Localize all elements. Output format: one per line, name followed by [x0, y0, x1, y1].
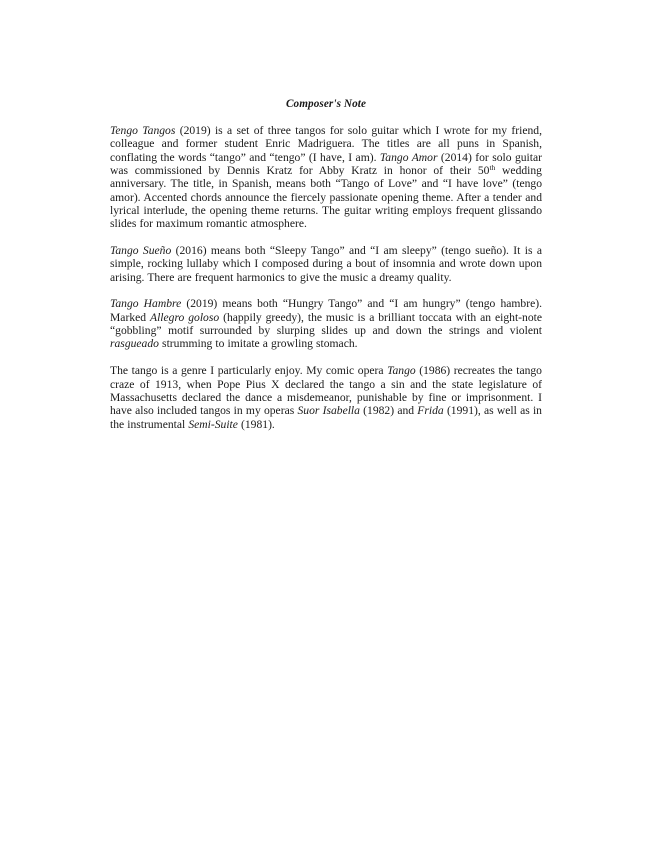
text-run: (2016) means both “Sleepy Tango” and “I …	[110, 244, 542, 284]
text-run: (1981).	[238, 418, 275, 431]
document-body: Composer's Note Tengo Tangos (2019) is a…	[110, 98, 542, 444]
italic-title: rasgueado	[110, 337, 159, 350]
paragraph-tango-sueno: Tango Sueño (2016) means both “Sleepy Ta…	[110, 244, 542, 284]
italic-title: Tango Hambre	[110, 297, 181, 310]
italic-title: Tengo Tangos	[110, 124, 175, 137]
italic-title: Suor Isabella	[297, 404, 359, 417]
document-page: Composer's Note Tengo Tangos (2019) is a…	[0, 0, 650, 867]
text-run: The tango is a genre I particularly enjo…	[110, 364, 387, 377]
text-run: (1982) and	[360, 404, 417, 417]
italic-title: Tango Amor	[380, 151, 438, 164]
page-title: Composer's Note	[110, 98, 542, 111]
paragraph-tango-hambre: Tango Hambre (2019) means both “Hungry T…	[110, 297, 542, 350]
text-run: strumming to imitate a growling stomach.	[159, 337, 358, 350]
paragraph-tengo-tangos: Tengo Tangos (2019) is a set of three ta…	[110, 124, 542, 231]
italic-title: Allegro goloso	[150, 311, 219, 324]
italic-title: Tango	[387, 364, 416, 377]
italic-title: Semi-Suite	[188, 418, 238, 431]
paragraph-tango-genre: The tango is a genre I particularly enjo…	[110, 364, 542, 431]
italic-title: Frida	[417, 404, 443, 417]
italic-title: Tango Sueño	[110, 244, 171, 257]
